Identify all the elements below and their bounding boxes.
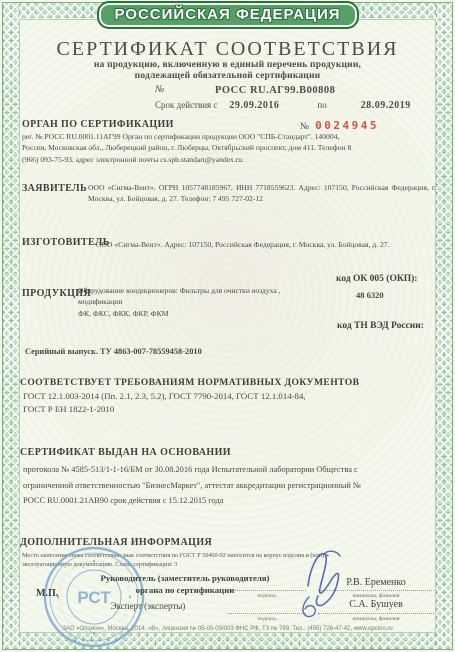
printer-imprint: ЗАО «Опцион», Москва, 2014, «В», лицензи… [30, 626, 425, 632]
border-pattern-right [436, 3, 452, 649]
stamp-place-label: М.П. [36, 588, 58, 599]
applicant-heading: ЗАЯВИТЕЛЬ [22, 183, 87, 194]
compliance-heading: СООТВЕТСТВУЕТ ТРЕБОВАНИЯМ НОРМАТИВНЫХ ДО… [20, 377, 359, 388]
validity-to-label: по [317, 100, 326, 110]
product-text-line1: Оборудование кондиционеров: Фильтры для … [78, 286, 281, 306]
certificate-number: РОСС RU.АГ99.В00808 [215, 85, 335, 96]
certificate-number-row: № РОСС RU.АГ99.В00808 [155, 84, 164, 95]
compliance-gost-line1: ГОСТ 12.1.003-2014 (Пп. 2.1, 2.3, 5.2), … [23, 391, 306, 401]
validity-row: Срок действия с29.09.2016по28.09.2019 [155, 100, 411, 111]
okp-code-value: 48 6320 [356, 290, 384, 300]
validity-date-to: 28.09.2019 [361, 100, 411, 111]
basis-heading: СЕРТИФИКАТ ВЫДАН НА ОСНОВАНИИ [20, 447, 231, 458]
certificate-page: РОССИЙСКАЯ ФЕДЕРАЦИЯ СЕРТИФИКАТ СООТВЕТС… [0, 0, 455, 652]
certification-body-text: рег. № РОСС RU.0001.11АГ99 Орган по серт… [22, 131, 352, 165]
okp-code-label: код ОК 005 (ОКП): [336, 274, 417, 284]
serial-production-text: Серийный выпуск. ТУ 4863-007-78559458-20… [25, 345, 202, 358]
applicant-text: ООО «Сигма-Вент». ОГРН 1057748185967, ИН… [88, 182, 436, 205]
expert-role: Эксперт (эксперты) [78, 601, 218, 611]
certificate-subtitle-line2: подлежащей обязательной сертификации [0, 71, 455, 81]
validity-date-from: 29.09.2016 [229, 100, 279, 111]
border-pattern-left [3, 3, 19, 649]
validity-from-label: Срок действия с [155, 100, 217, 110]
tnved-code-label: код ТН ВЭД России: [337, 321, 424, 331]
compliance-gost-line2: ГОСТ Р ЕН 1822-1-2010 [23, 404, 114, 414]
manufacturer-text: ООО «Сигма-Вент». Адрес: 107150, Российс… [96, 239, 436, 250]
certificate-title: СЕРТИФИКАТ СООТВЕТСТВИЯ [0, 38, 455, 61]
certification-body-heading: ОРГАН ПО СЕРТИФИКАЦИИ [22, 119, 174, 130]
expert-signature-ink [295, 595, 335, 621]
certificate-subtitle-line1: на продукцию, включенную в единый перече… [0, 60, 455, 70]
head-role-line1: Руководитель (заместитель руководителя) [70, 573, 300, 583]
product-text: Оборудование кондиционеров: Фильтры для … [78, 285, 323, 319]
number-label: № [155, 84, 164, 95]
basis-text: протокола № 4585-513/1-1-16/БМ от 30.08.… [23, 462, 378, 509]
product-text-line2: ФК, ФКС, ФКК, ФКР, ФКМ [78, 309, 168, 318]
country-banner: РОССИЙСКАЯ ФЕДЕРАЦИЯ [96, 1, 358, 29]
